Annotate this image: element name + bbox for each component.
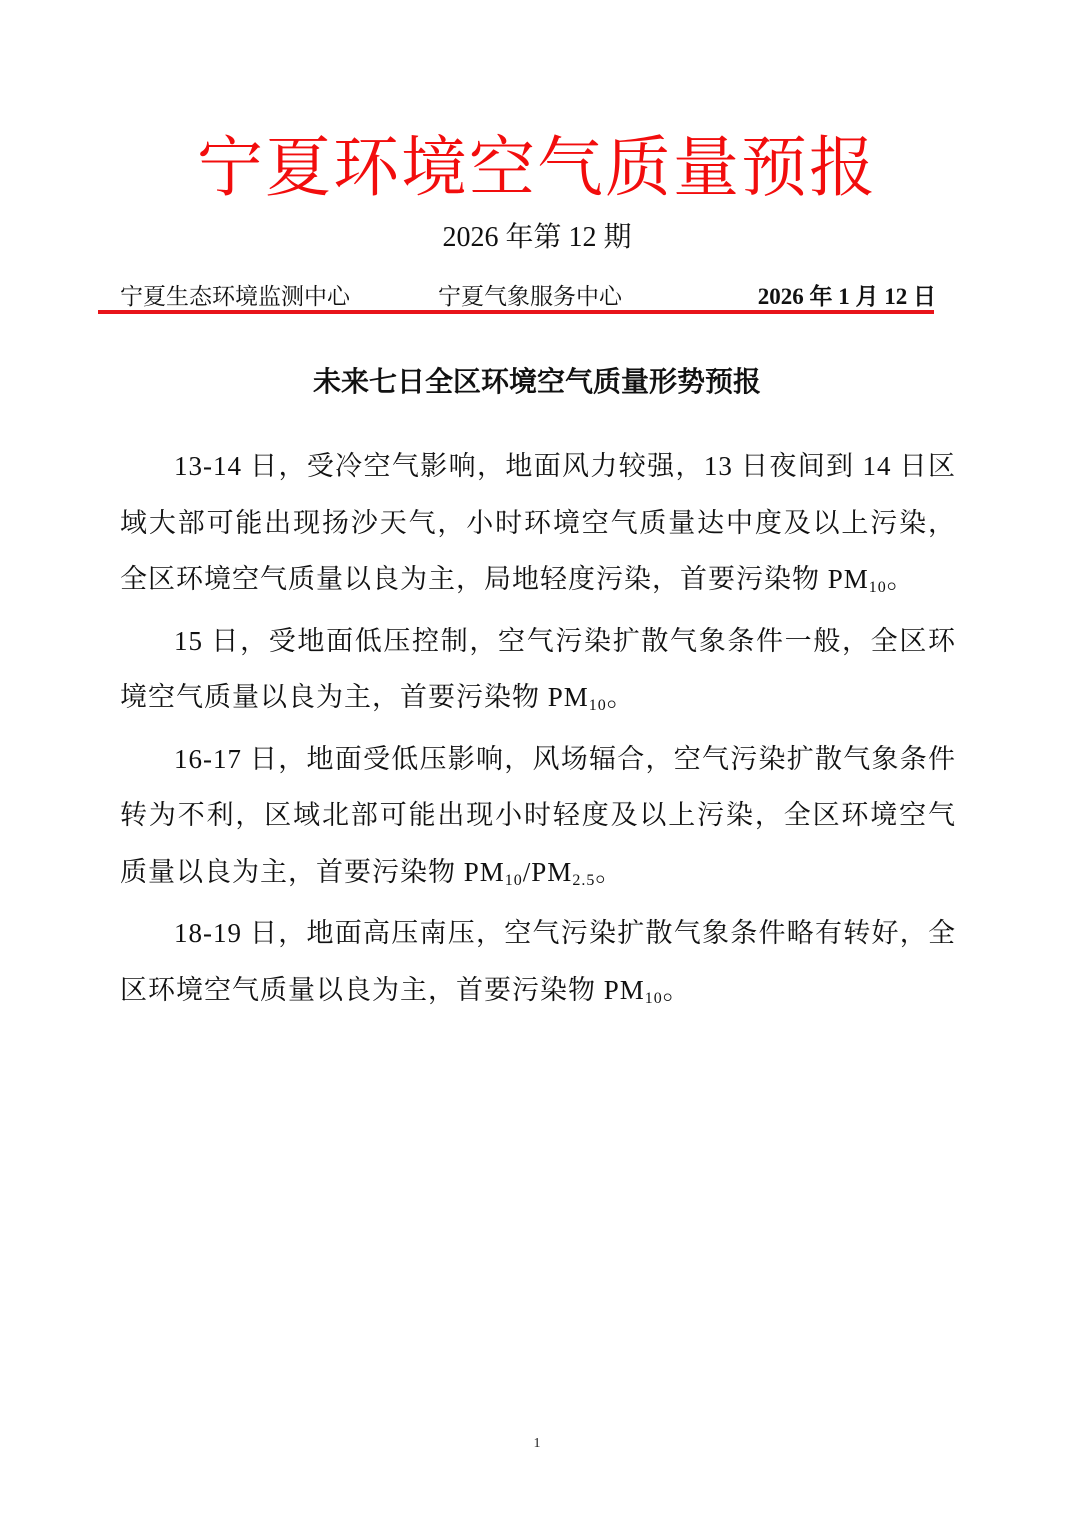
issue-date: 2026 年 1 月 12 日 <box>758 278 936 311</box>
forecast-paragraph: 15 日，受地面低压控制，空气污染扩散气象条件一般，全区环境空气质量以良为主，首… <box>120 613 956 731</box>
red-divider <box>98 310 934 314</box>
issuer-meteorology-center: 宁夏气象服务中心 <box>438 278 622 311</box>
section-title: 未来七日全区环境空气质量形势预报 <box>0 360 1074 404</box>
page-number: 1 <box>0 1436 1074 1452</box>
forecast-paragraph: 13-14 日，受冷空气影响，地面风力较强，13 日夜间到 14 日区域大部可能… <box>120 438 956 613</box>
issue-number: 2026 年第 12 期 <box>0 220 1074 256</box>
document-page: 宁夏环境空气质量预报 2026 年第 12 期 宁夏生态环境监测中心 宁夏气象服… <box>0 0 1074 1520</box>
issuer-ecology-center: 宁夏生态环境监测中心 <box>120 278 350 311</box>
issuer-row: 宁夏生态环境监测中心 宁夏气象服务中心 2026 年 1 月 12 日 <box>120 278 940 310</box>
masthead-title: 宁夏环境空气质量预报 <box>0 128 1074 208</box>
forecast-paragraph: 18-19 日，地面高压南压，空气污染扩散气象条件略有转好，全区环境空气质量以良… <box>120 905 956 1023</box>
forecast-paragraph: 16-17 日，地面受低压影响，风场辐合，空气污染扩散气象条件转为不利，区域北部… <box>120 731 956 906</box>
forecast-body: 13-14 日，受冷空气影响，地面风力较强，13 日夜间到 14 日区域大部可能… <box>120 438 956 1023</box>
